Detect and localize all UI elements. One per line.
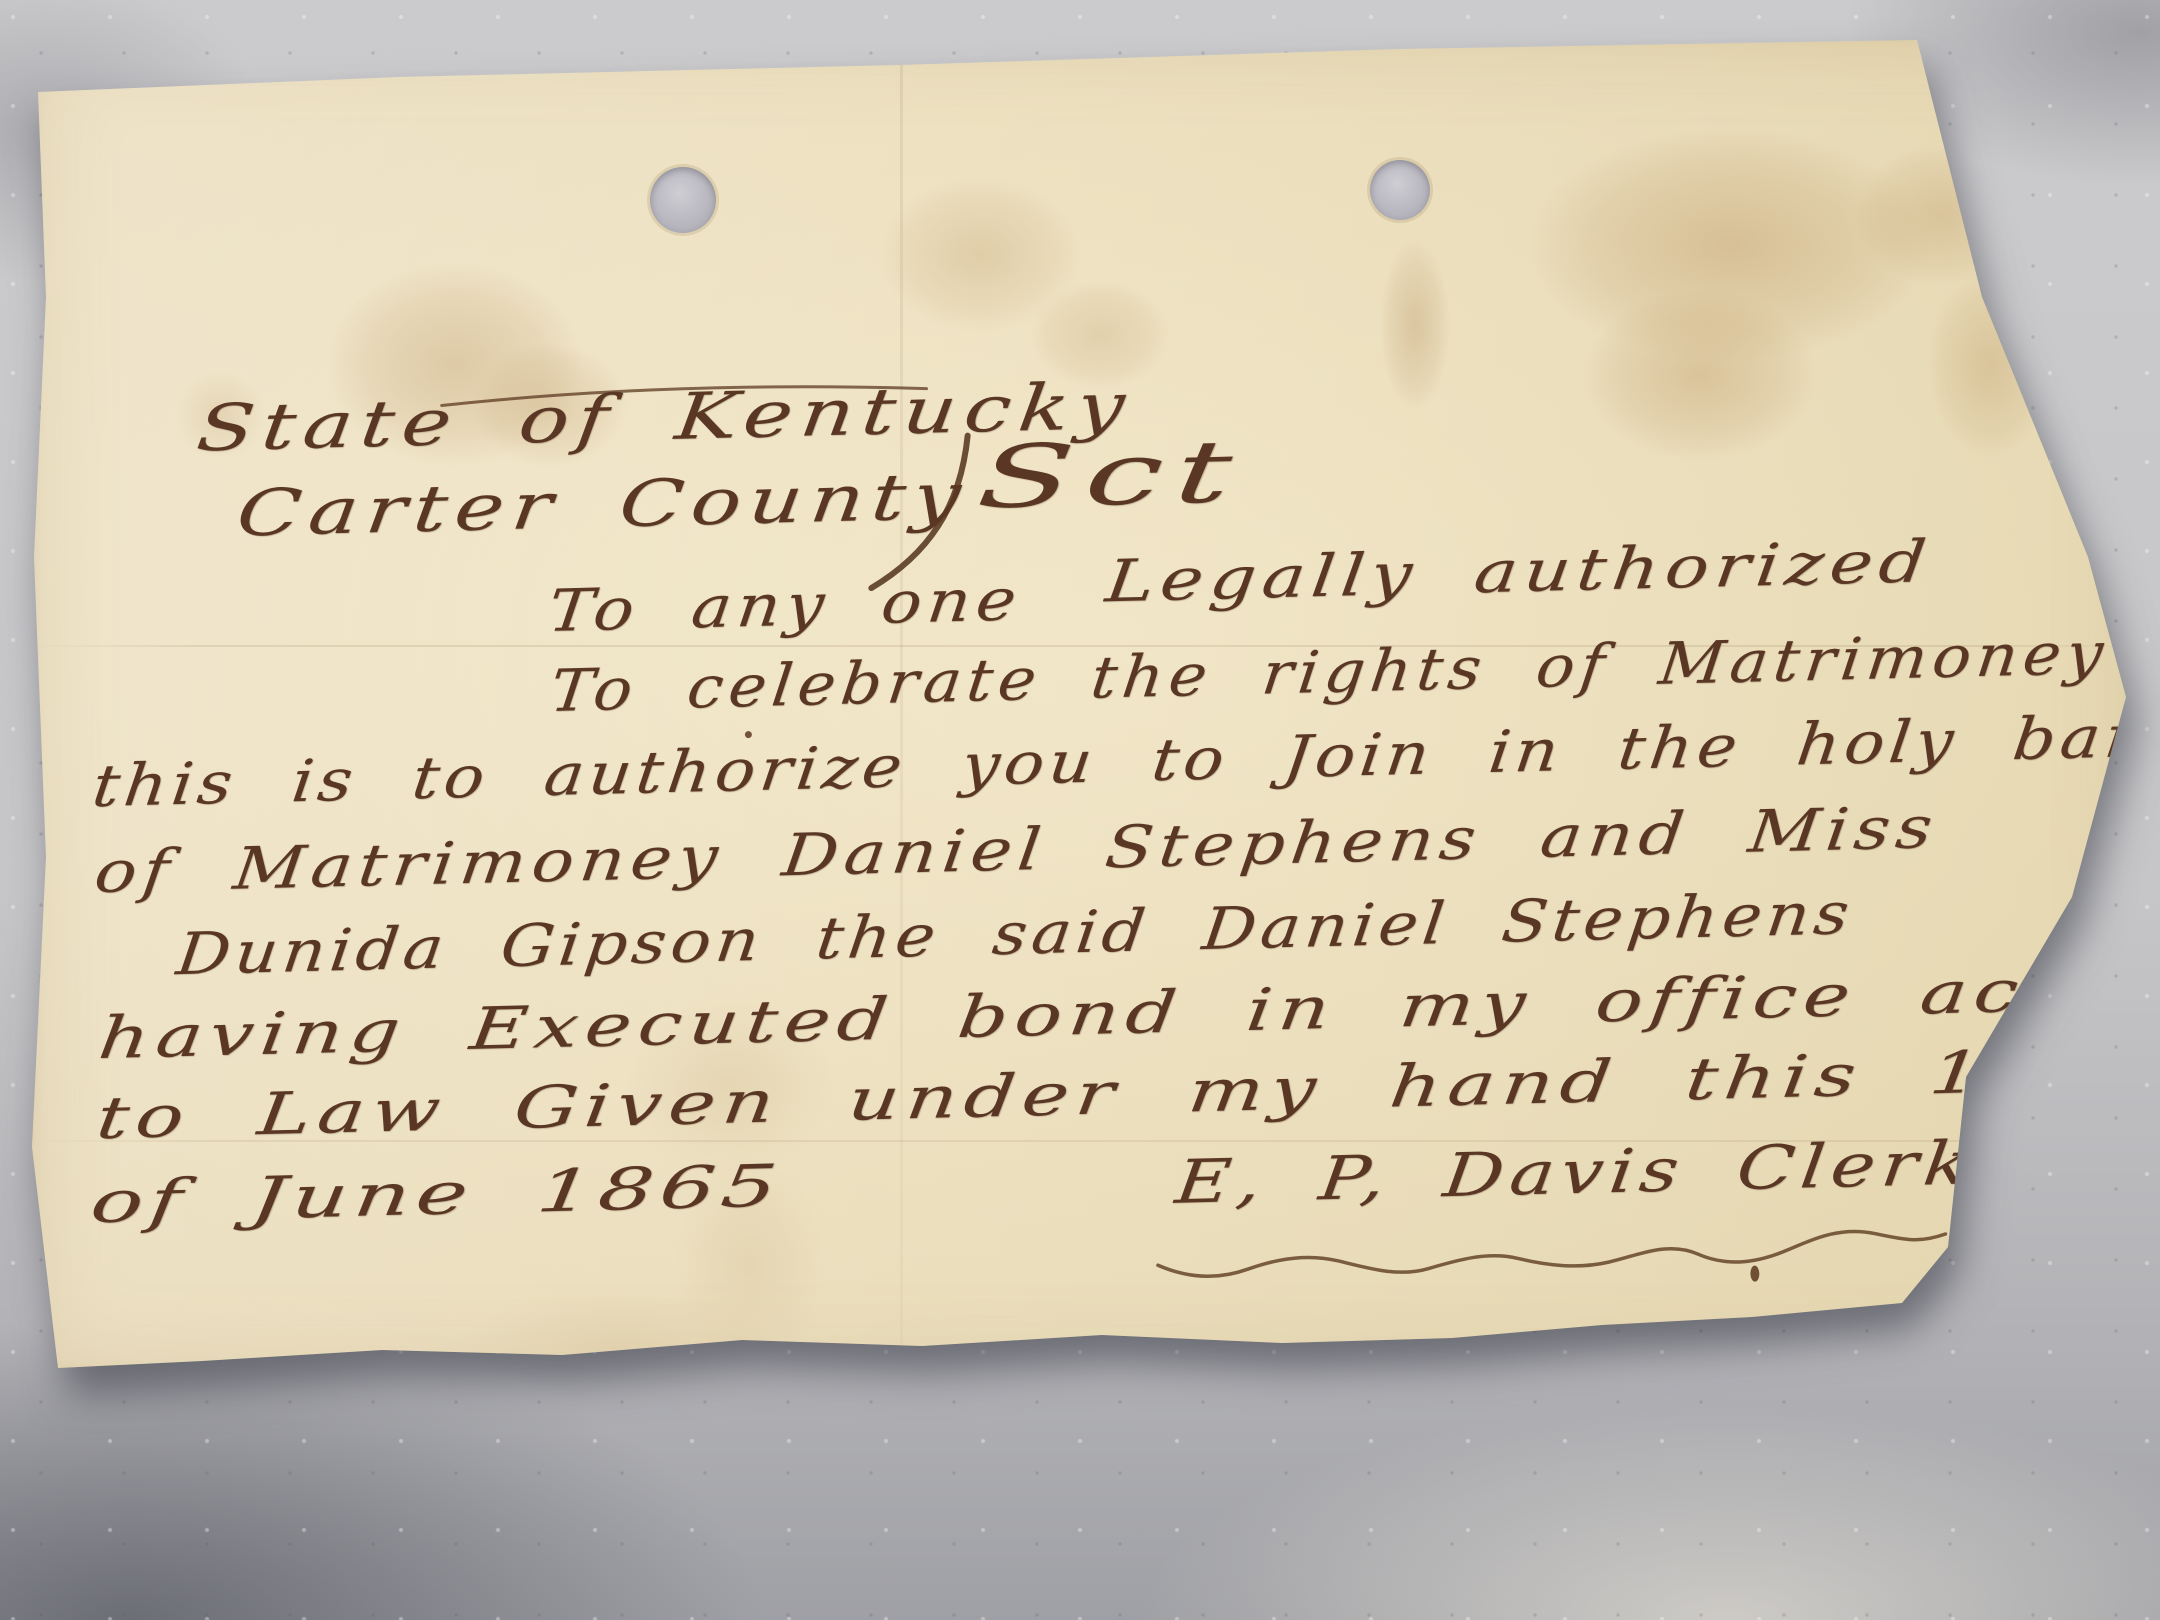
signature-flourish (13, 9, 2155, 1400)
punch-hole-left (650, 167, 716, 233)
document-photo: State of Kentucky Carter County Sct To a… (0, 0, 2160, 1620)
punch-hole-right (1370, 160, 1430, 220)
handwritten-text-layer: State of Kentucky Carter County Sct To a… (13, 9, 2155, 1400)
document-paper: State of Kentucky Carter County Sct To a… (30, 35, 2140, 1375)
photo-scene: State of Kentucky Carter County Sct To a… (0, 0, 2160, 1620)
ink-fleck (1750, 1266, 1759, 1282)
